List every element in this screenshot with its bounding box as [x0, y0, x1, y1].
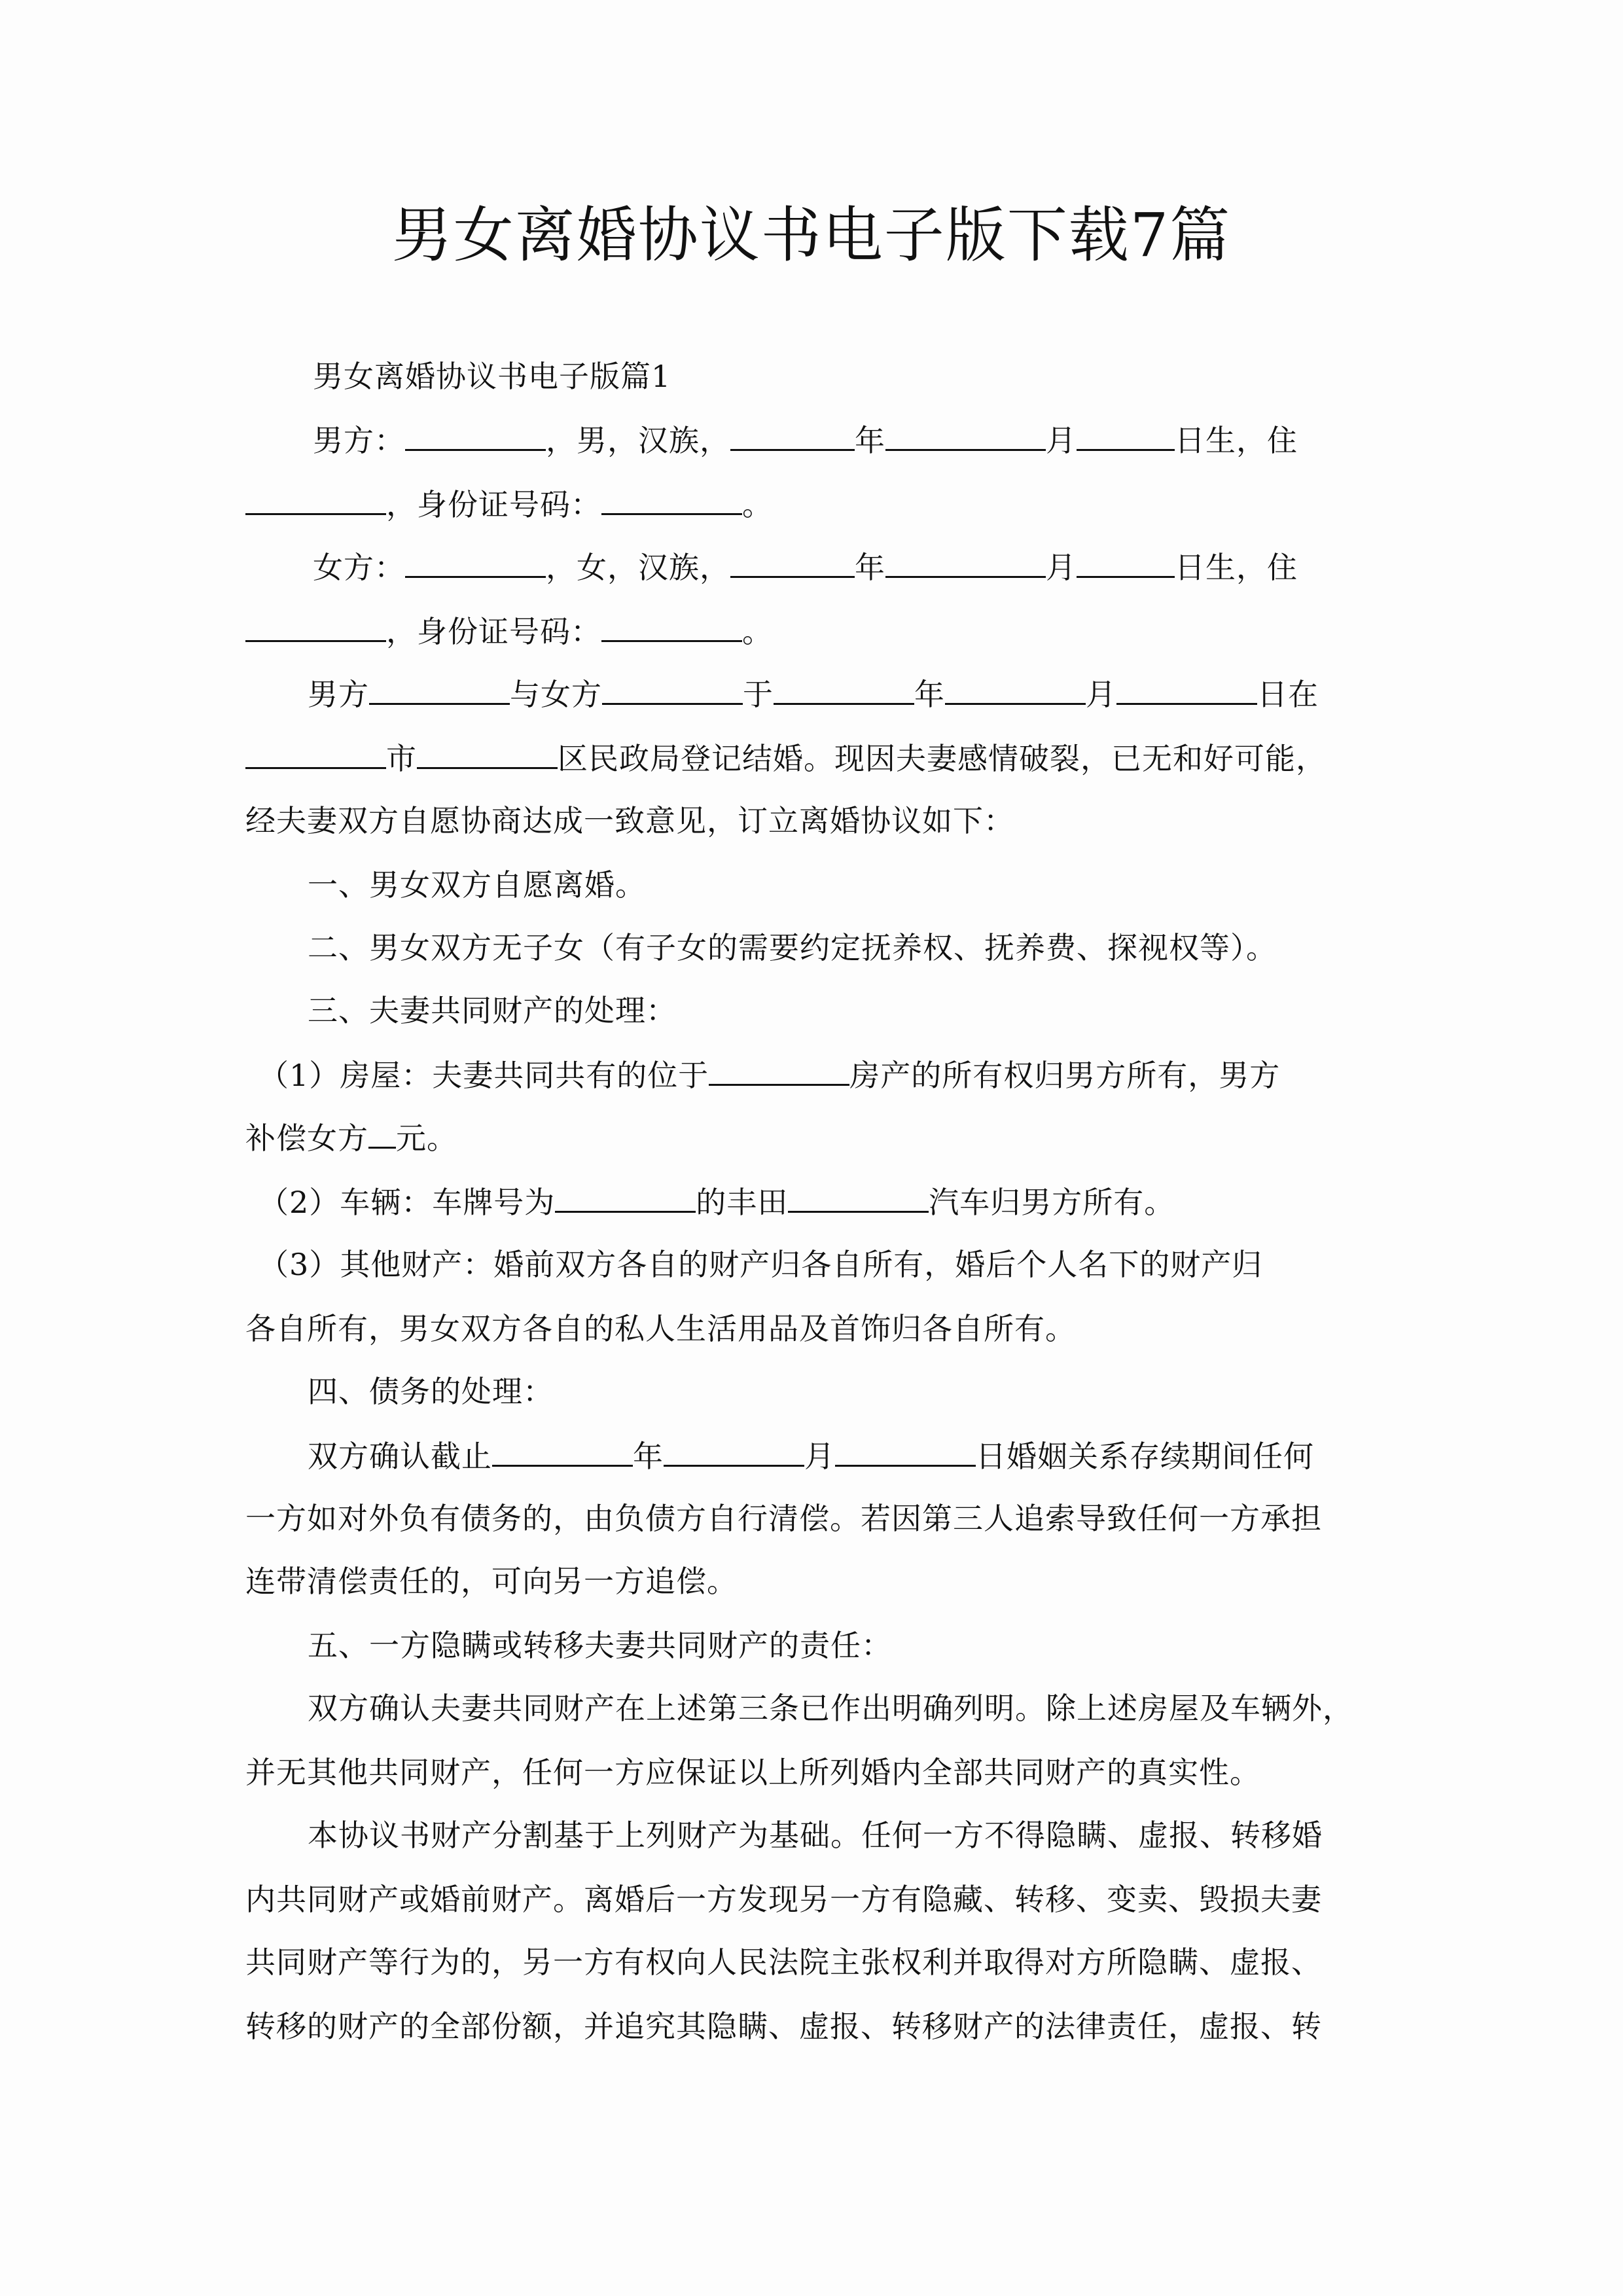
female-name-blank[interactable]: [405, 547, 546, 578]
debt-line-3: 连带清偿责任的，可向另一方追偿。: [245, 1562, 1384, 1601]
marriage-city-blank[interactable]: [245, 738, 386, 769]
house-line-2: 补偿女方元。: [245, 1118, 1384, 1158]
compensation-amount-blank[interactable]: [368, 1118, 396, 1149]
car-line: （2）车辆：车牌号为的丰田汽车归男方所有。: [259, 1182, 1397, 1222]
other-property-line-2: 各自所有，男女双方各自的私人生活用品及首饰归各自所有。: [245, 1309, 1384, 1348]
male-id-blank[interactable]: [601, 484, 742, 515]
clause-4: 四、债务的处理：: [308, 1372, 1446, 1411]
male-party-line: 男方：，男，汉族，年月日生，住: [313, 420, 1452, 460]
house-location-blank[interactable]: [709, 1055, 849, 1086]
clause-5-line-5: 共同财产等行为的，另一方有权向人民法院主张权利并取得对方所隐瞒、虚报、: [245, 1943, 1384, 1982]
female-birth-year-blank[interactable]: [730, 547, 855, 578]
clause-5-line-2: 并无其他共同财产，任何一方应保证以上所列婚内全部共同财产的真实性。: [245, 1753, 1384, 1792]
marriage-male-blank[interactable]: [369, 674, 510, 705]
marriage-year-blank[interactable]: [774, 674, 914, 705]
marriage-female-blank[interactable]: [602, 674, 743, 705]
clause-5-line-3: 本协议书财产分割基于上列财产为基础。任何一方不得隐瞒、虚报、转移婚: [308, 1816, 1446, 1855]
debt-day-blank[interactable]: [835, 1436, 976, 1467]
marriage-month-blank[interactable]: [945, 674, 1086, 705]
male-birth-year-blank[interactable]: [730, 420, 855, 451]
clause-5-line-4: 内共同财产或婚前财产。离婚后一方发现另一方有隐藏、转移、变卖、毁损夫妻: [245, 1880, 1384, 1919]
clause-5: 五、一方隐瞒或转移夫妻共同财产的责任：: [308, 1626, 1446, 1665]
clause-5-line-1: 双方确认夫妻共同财产在上述第三条已作出明确列明。除上述房屋及车辆外，: [308, 1689, 1446, 1728]
debt-line-2: 一方如对外负有债务的，由负债方自行清偿。若因第三人追索导致任何一方承担: [245, 1499, 1384, 1538]
debt-line-1: 双方确认截止年月日婚姻关系存续期间任何: [308, 1436, 1446, 1476]
female-birth-day-blank[interactable]: [1077, 547, 1175, 578]
section-heading: 男女离婚协议书电子版篇1: [313, 357, 1452, 396]
clause-3: 三、夫妻共同财产的处理：: [308, 991, 1446, 1030]
marriage-line-2: 市区民政局登记结婚。现因夫妻感情破裂，已无和好可能，: [245, 738, 1384, 778]
debt-year-blank[interactable]: [492, 1436, 633, 1467]
document-title: 男女离婚协议书电子版下载7篇: [0, 196, 1623, 275]
male-address-blank[interactable]: [245, 484, 386, 515]
plate-number-blank[interactable]: [555, 1182, 696, 1213]
male-birth-day-blank[interactable]: [1077, 420, 1175, 451]
clause-5-line-6: 转移的财产的全部份额，并追究其隐瞒、虚报、转移财产的法律责任，虚报、转: [245, 2007, 1384, 2046]
male-id-line: ，身份证号码：。: [245, 484, 1384, 524]
clause-2: 二、男女双方无子女（有子女的需要约定抚养权、抚养费、探视权等）。: [308, 928, 1446, 967]
female-birth-month-blank[interactable]: [885, 547, 1046, 578]
marriage-line-3: 经夫妻双方自愿协商达成一致意见，订立离婚协议如下：: [245, 801, 1384, 840]
clause-1: 一、男女双方自愿离婚。: [308, 865, 1446, 905]
female-id-line: ，身份证号码：。: [245, 611, 1384, 651]
female-party-line: 女方：，女，汉族，年月日生，住: [313, 547, 1452, 587]
male-name-blank[interactable]: [405, 420, 546, 451]
marriage-district-blank[interactable]: [417, 738, 558, 769]
marriage-day-blank[interactable]: [1116, 674, 1257, 705]
car-model-blank[interactable]: [788, 1182, 929, 1213]
female-address-blank[interactable]: [245, 611, 386, 642]
female-id-blank[interactable]: [601, 611, 742, 642]
other-property-line-1: （3）其他财产：婚前双方各自的财产归各自所有，婚后个人名下的财产归: [259, 1245, 1397, 1284]
house-line-1: （1）房屋：夫妻共同共有的位于房产的所有权归男方所有，男方: [259, 1055, 1397, 1095]
marriage-line-1: 男方与女方于年月日在: [308, 674, 1446, 714]
male-birth-month-blank[interactable]: [885, 420, 1046, 451]
debt-month-blank[interactable]: [664, 1436, 804, 1467]
